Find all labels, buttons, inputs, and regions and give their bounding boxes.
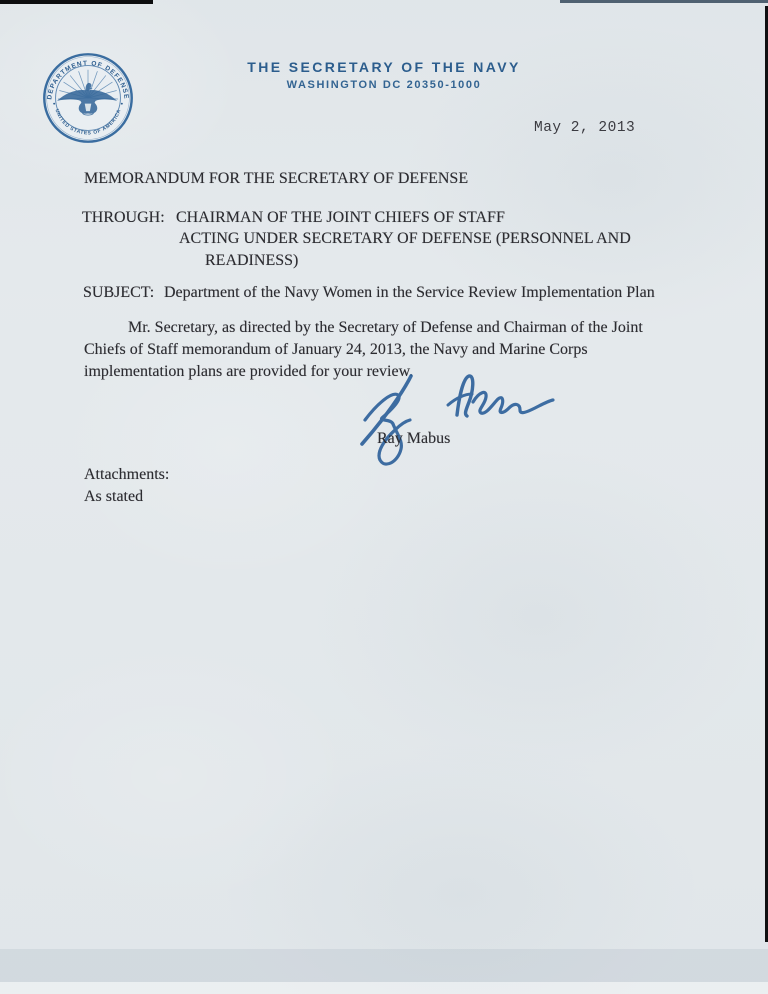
scan-artifact-top-right [560,0,768,3]
scan-artifact-top-left [0,0,153,4]
letterhead: THE SECRETARY OF THE NAVY WASHINGTON DC … [0,60,768,92]
through-label: THROUGH: [82,209,165,227]
scan-light-strip [0,982,768,994]
memorandum-page: DEPARTMENT OF DEFENSE UNITED STATES OF A… [0,0,768,994]
letterhead-office: THE SECRETARY OF THE NAVY [0,60,768,75]
memorandum-for-line: MEMORANDUM FOR THE SECRETARY OF DEFENSE [84,170,468,188]
signature-ink-icon [345,368,555,468]
subject-label: SUBJECT: [83,284,154,302]
through-line-3: READINESS) [205,252,298,270]
through-line-2: ACTING UNDER SECRETARY OF DEFENSE (PERSO… [179,230,631,248]
scan-shade-band [0,949,768,982]
subject-text: Department of the Navy Women in the Serv… [164,284,655,302]
date: May 2, 2013 [534,120,635,136]
attachments-note: As stated [84,488,143,506]
attachments-label: Attachments: [84,466,169,484]
letterhead-address: WASHINGTON DC 20350-1000 [0,79,768,92]
through-line-1: CHAIRMAN OF THE JOINT CHIEFS OF STAFF [176,209,505,227]
signer-name: Ray Mabus [377,430,450,448]
